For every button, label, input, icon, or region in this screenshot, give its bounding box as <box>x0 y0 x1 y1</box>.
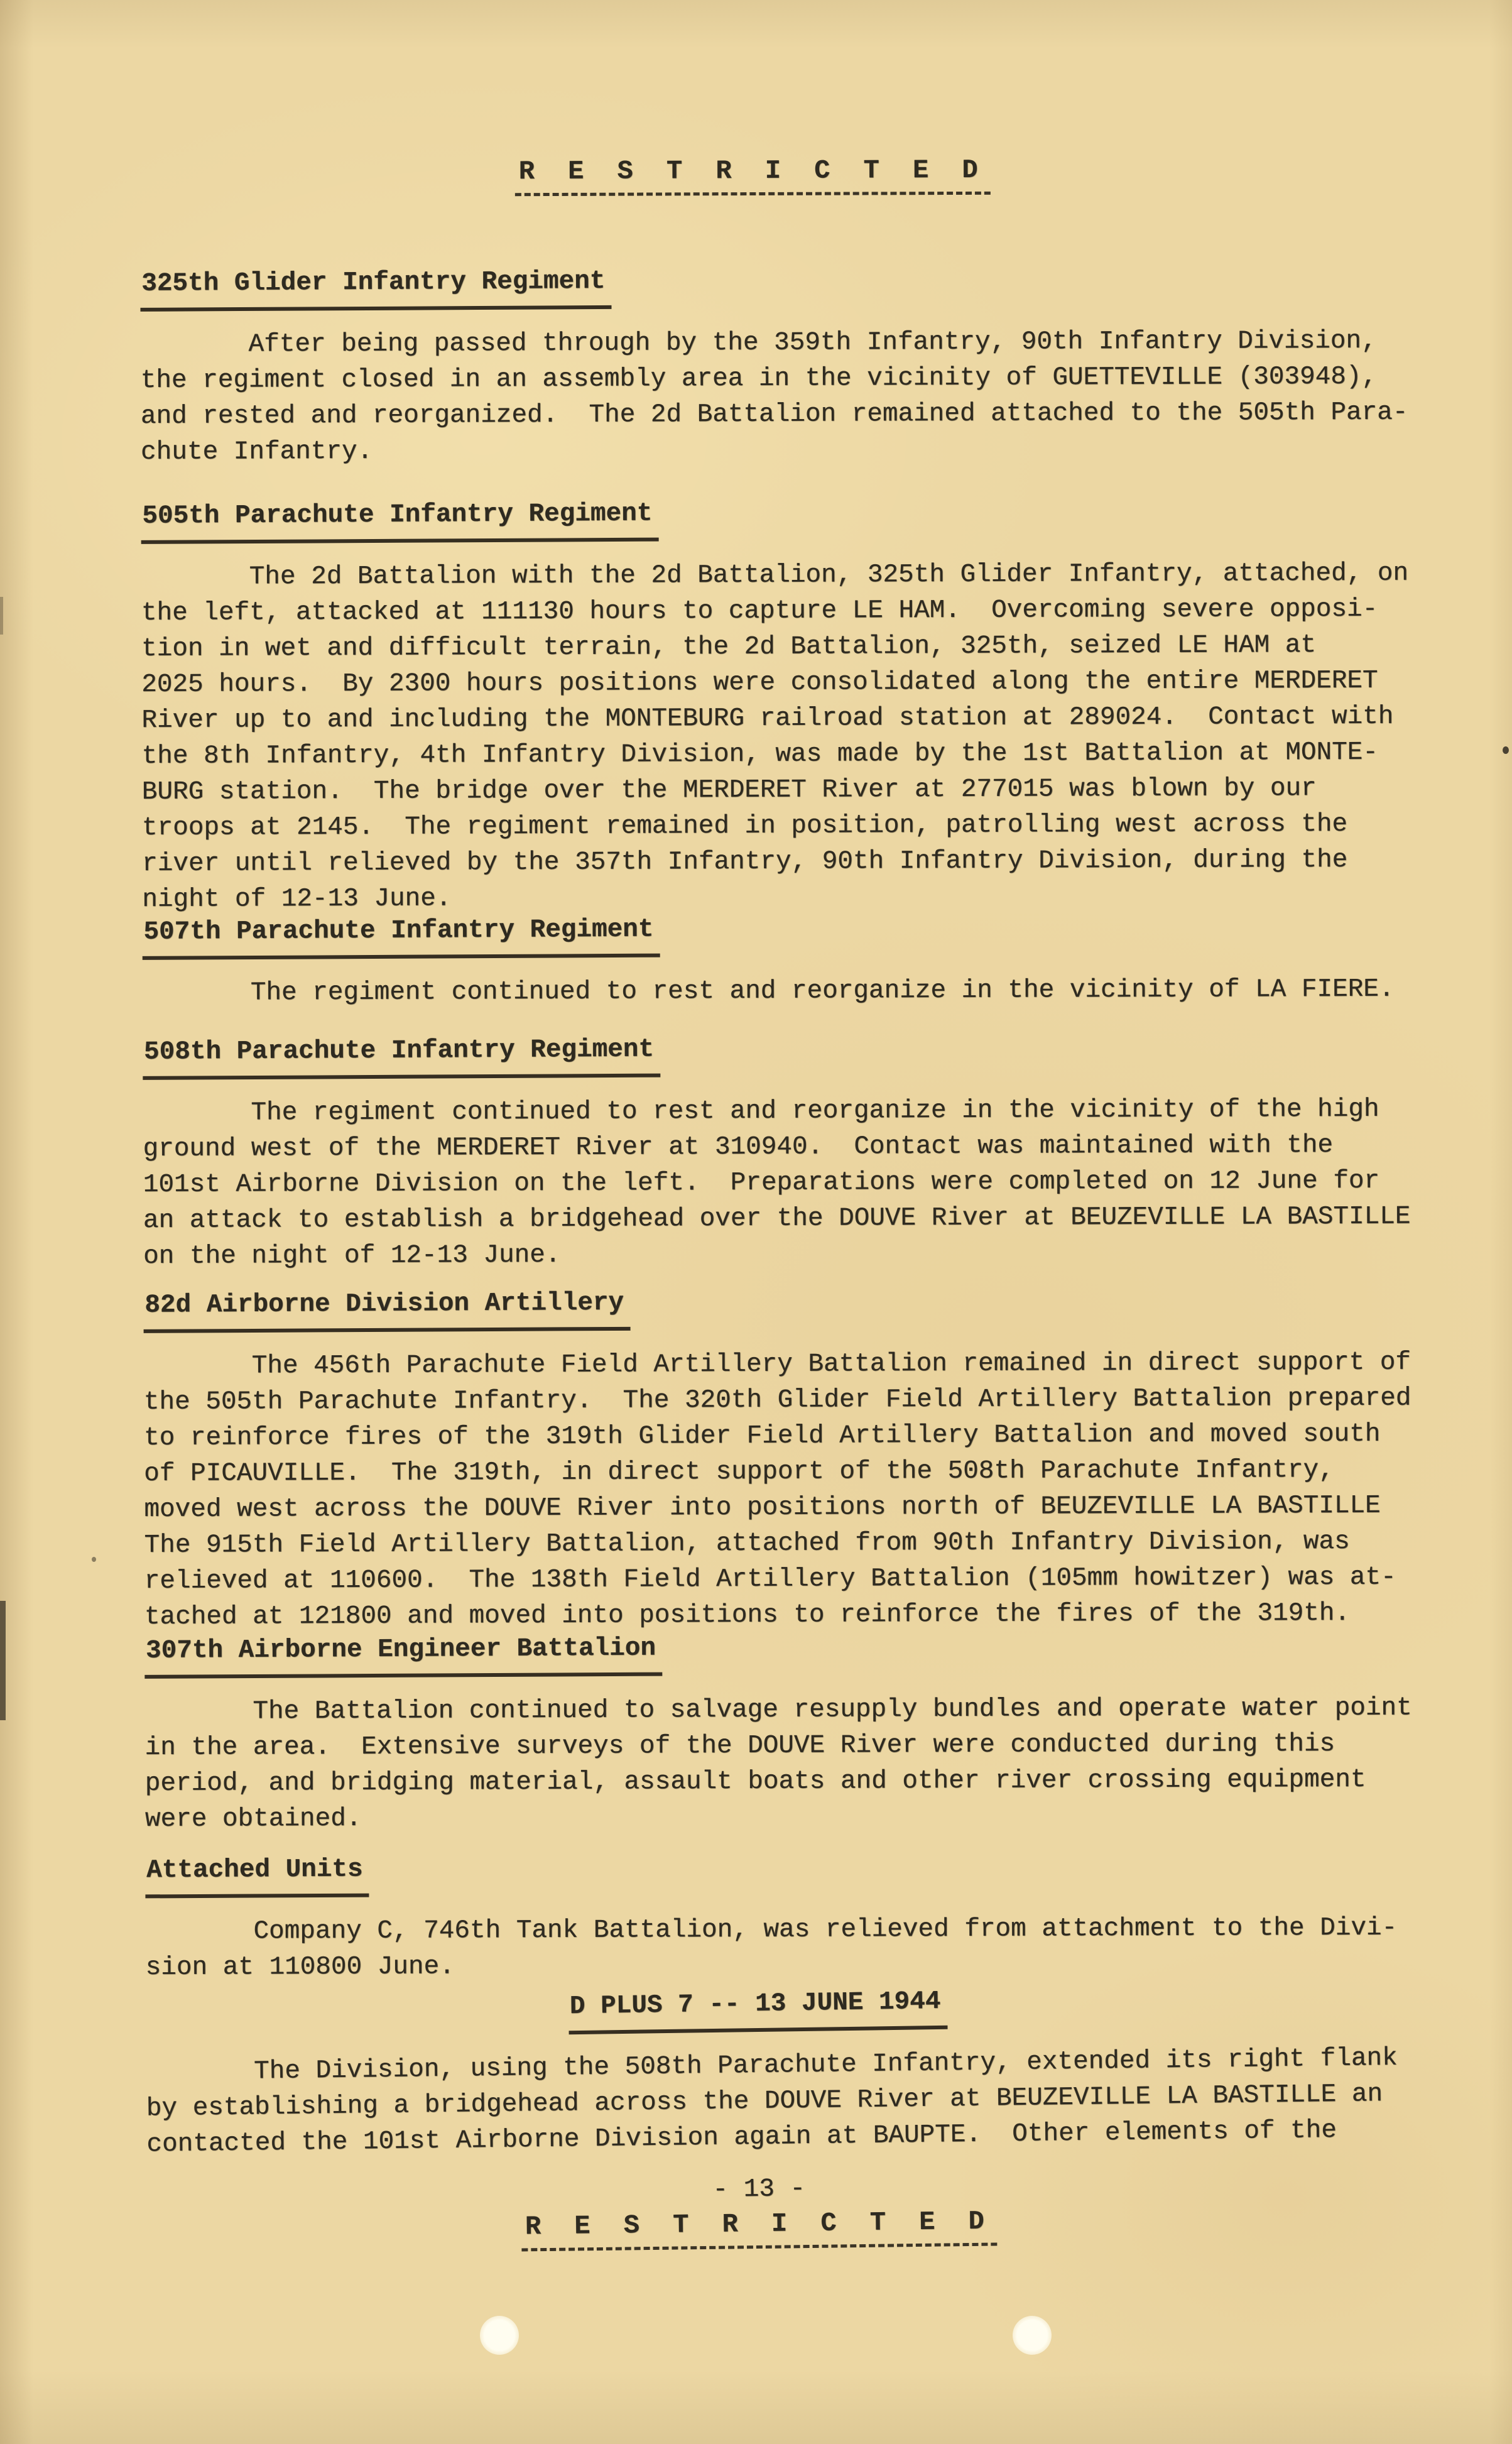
section-505th-parachute-infantry: 505th Parachute Infantry Regiment The 2d… <box>141 494 1499 918</box>
body-line: the 505th Parachute Infantry. The 320th … <box>144 1380 1501 1421</box>
section-heading-text: 507th Parachute Infantry Regiment <box>142 912 660 960</box>
section-d-plus-7: D PLUS 7 -- 13 JUNE 1944 The Division, u… <box>2 1978 1512 2165</box>
body-line: the 8th Infantry, 4th Infantry Division,… <box>142 734 1499 775</box>
section-heading: 325th Glider Infantry Regiment <box>140 261 1497 311</box>
classification-header-text: R E S T R I C T E D <box>515 155 991 196</box>
section-heading: 307th Airborne Engineer Battalion <box>144 1628 1501 1678</box>
body-line: River up to and including the MONTEBURG … <box>141 699 1498 739</box>
section-82d-division-artillery: 82d Airborne Division Artillery The 456t… <box>143 1283 1501 1635</box>
section-heading-text: 82d Airborne Division Artillery <box>143 1285 630 1333</box>
body-line: The regiment continued to rest and reorg… <box>143 1091 1499 1132</box>
body-line: The Battalion continued to salvage resup… <box>144 1690 1501 1730</box>
section-507th-parachute-infantry: 507th Parachute Infantry Regiment The re… <box>142 910 1499 1012</box>
body-line: The 2d Battalion with the 2d Battalion, … <box>141 555 1498 596</box>
section-heading: D PLUS 7 -- 13 JUNE 1944 <box>2 1978 1512 2041</box>
punch-hole <box>1013 2316 1052 2355</box>
body-line: the left, attacked at 111130 hours to ca… <box>141 591 1498 631</box>
body-line: troops at 2145. The regiment remained in… <box>142 806 1499 846</box>
body-line: relieved at 110600. The 138th Field Arti… <box>144 1559 1501 1600</box>
scan-speck <box>1503 746 1509 754</box>
body-line: to reinforce fires of the 319th Glider F… <box>144 1416 1501 1456</box>
section-heading: 82d Airborne Division Artillery <box>143 1283 1500 1333</box>
section-heading-text: 307th Airborne Engineer Battalion <box>144 1631 662 1679</box>
body-line: moved west across the DOUVE River into p… <box>144 1488 1501 1528</box>
section-paragraph: Company C, 746th Tank Battalion, was rel… <box>145 1910 1502 1986</box>
body-line: tion in wet and difficult terrain, the 2… <box>141 627 1498 667</box>
scan-edge-mark <box>0 597 3 635</box>
section-heading: 507th Parachute Infantry Regiment <box>142 910 1499 959</box>
section-attached-units: Attached Units Company C, 746th Tank Bat… <box>145 1848 1503 1986</box>
section-heading-text: D PLUS 7 -- 13 JUNE 1944 <box>568 1984 947 2034</box>
body-line: 2025 hours. By 2300 hours positions were… <box>141 663 1498 703</box>
section-paragraph: The Division, using the 508th Parachute … <box>146 2039 1504 2163</box>
scanned-document-page: { "colors": { "paper": "#ecd7a3", "ink":… <box>0 0 1512 2444</box>
section-heading-text: 508th Parachute Infantry Regiment <box>143 1032 660 1080</box>
body-line: The 915th Field Artillery Battalion, att… <box>144 1524 1501 1564</box>
body-line: The regiment continued to rest and reorg… <box>143 971 1499 1012</box>
body-line: Company C, 746th Tank Battalion, was rel… <box>145 1910 1502 1950</box>
body-line: BURG station. The bridge over the MERDER… <box>142 770 1499 810</box>
body-line: of PICAUVILLE. The 319th, in direct supp… <box>144 1452 1501 1492</box>
body-line: an attack to establish a bridgehead over… <box>143 1199 1500 1239</box>
section-paragraph: The regiment continued to rest and reorg… <box>143 1091 1500 1275</box>
section-heading-text: 505th Parachute Infantry Regiment <box>141 496 658 544</box>
body-line: chute Infantry. <box>141 430 1498 471</box>
scan-edge-mark <box>0 1601 6 1720</box>
body-line: in the area. Extensive surveys of the DO… <box>145 1726 1502 1766</box>
classification-header: R E S T R I C T E D <box>0 153 1509 198</box>
body-line: ground west of the MERDERET River at 310… <box>143 1127 1500 1167</box>
document-body: R E S T R I C T E D 325th Glider Infantr… <box>0 0 1512 2444</box>
section-paragraph: The regiment continued to rest and reorg… <box>143 971 1499 1012</box>
section-508th-parachute-infantry: 508th Parachute Infantry Regiment The re… <box>143 1030 1500 1275</box>
section-heading-text: Attached Units <box>145 1852 369 1899</box>
section-paragraph: The 2d Battalion with the 2d Battalion, … <box>141 555 1499 918</box>
section-307th-engineer-battalion: 307th Airborne Engineer Battalion The Ba… <box>144 1628 1502 1838</box>
body-line: period, and bridging material, assault b… <box>145 1762 1502 1802</box>
section-heading: Attached Units <box>145 1848 1502 1898</box>
classification-footer-text: R E S T R I C T E D <box>521 2207 998 2252</box>
section-heading-text: 325th Glider Infantry Regiment <box>140 264 611 312</box>
body-line: on the night of 12-13 June. <box>143 1235 1500 1275</box>
body-line: 101st Airborne Division on the left. Pre… <box>143 1163 1500 1203</box>
section-heading: 505th Parachute Infantry Regiment <box>141 494 1498 543</box>
section-paragraph: The Battalion continued to salvage resup… <box>144 1690 1502 1838</box>
body-line: After being passed through by the 359th … <box>141 323 1498 363</box>
punch-hole <box>480 2316 519 2355</box>
scan-speck <box>92 1557 96 1562</box>
body-line: The 456th Parachute Field Artillery Batt… <box>144 1345 1501 1385</box>
body-line: were obtained. <box>145 1798 1502 1838</box>
body-line: river until relieved by the 357th Infant… <box>142 842 1499 882</box>
section-paragraph: After being passed through by the 359th … <box>141 323 1498 471</box>
body-line: the regiment closed in an assembly area … <box>141 359 1498 399</box>
body-line: and rested and reorganized. The 2d Batta… <box>141 395 1498 435</box>
section-heading: 508th Parachute Infantry Regiment <box>143 1030 1499 1079</box>
section-paragraph: The 456th Parachute Field Artillery Batt… <box>144 1345 1501 1635</box>
section-325th-glider-infantry: 325th Glider Infantry Regiment After bei… <box>140 261 1498 471</box>
